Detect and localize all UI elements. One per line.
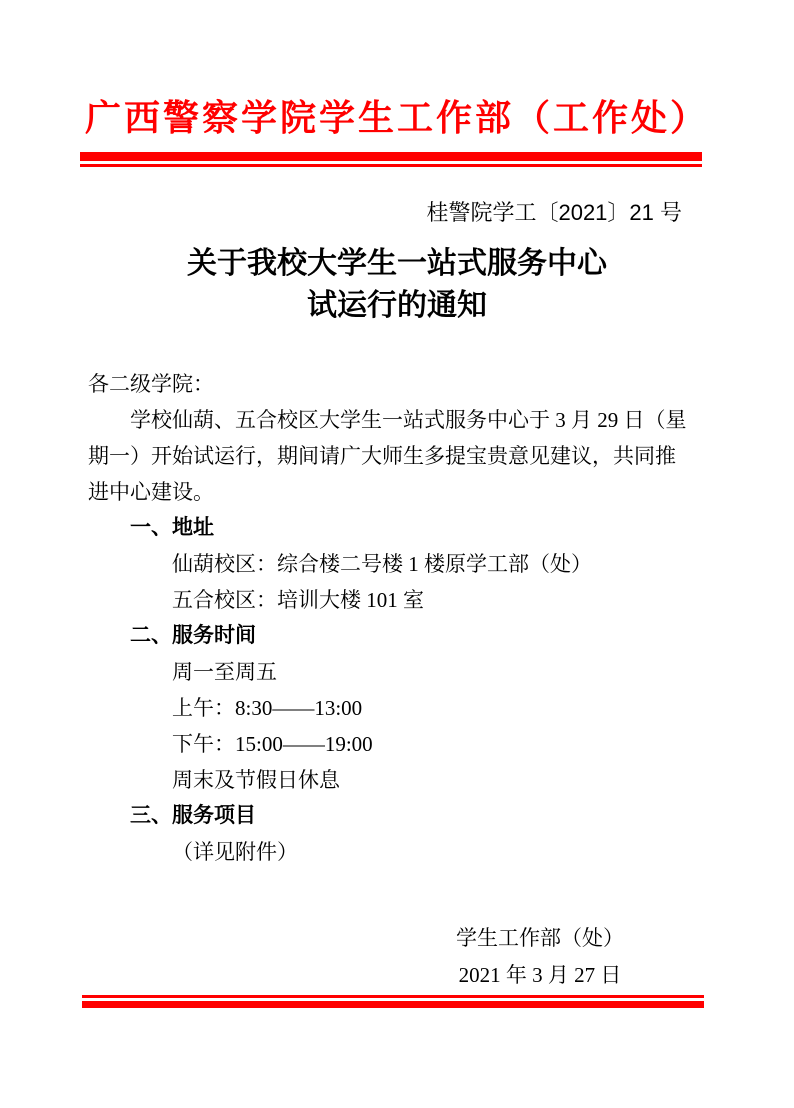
footer-divider-thick-bar xyxy=(82,1001,704,1008)
signature-department: 学生工作部（处） xyxy=(380,920,700,957)
section-item: 上午：8:30——13:00 xyxy=(88,690,702,726)
header-divider-thick-bar xyxy=(80,152,702,161)
section-item: 周一至周五 xyxy=(88,654,702,690)
intro-line: 学校仙葫、五合校区大学生一站式服务中心于 3 月 29 日（星 xyxy=(88,402,702,438)
section-heading-address: 一、地址 xyxy=(88,510,702,546)
footer-divider xyxy=(82,995,704,1008)
section-item: 下午：15:00——19:00 xyxy=(88,726,702,762)
signature-block: 学生工作部（处） 2021 年 3 月 27 日 xyxy=(380,920,700,994)
section-item: 五合校区：培训大楼 101 室 xyxy=(88,582,702,618)
document-title-line1: 关于我校大学生一站式服务中心 xyxy=(187,247,607,280)
section-item: 仙葫校区：综合楼二号楼 1 楼原学工部（处） xyxy=(88,546,702,582)
signature-date: 2021 年 3 月 27 日 xyxy=(380,957,700,994)
salutation: 各二级学院： xyxy=(88,366,702,402)
section-item: 周末及节假日休息 xyxy=(88,762,702,798)
document-page: 广西警察学院学生工作部（工作处） 桂警院学工〔2021〕21 号 关于我校大学生… xyxy=(0,0,794,1108)
section-heading-service-hours: 二、服务时间 xyxy=(88,618,702,654)
section-heading-service-items: 三、服务项目 xyxy=(88,798,702,834)
document-body: 各二级学院： 学校仙葫、五合校区大学生一站式服务中心于 3 月 29 日（星 期… xyxy=(88,366,702,870)
header-divider xyxy=(80,152,702,167)
document-number: 桂警院学工〔2021〕21 号 xyxy=(426,196,682,227)
section-item: （详见附件） xyxy=(88,834,702,870)
intro-line: 进中心建设。 xyxy=(88,474,702,510)
document-title-line2: 试运行的通知 xyxy=(307,289,487,322)
document-title: 关于我校大学生一站式服务中心 试运行的通知 xyxy=(0,243,794,327)
intro-line: 期一）开始试运行，期间请广大师生多提宝贵意见建议，共同推 xyxy=(88,438,702,474)
header-divider-thin-bar xyxy=(80,164,702,167)
letterhead-org-name: 广西警察学院学生工作部（工作处） xyxy=(0,90,794,141)
